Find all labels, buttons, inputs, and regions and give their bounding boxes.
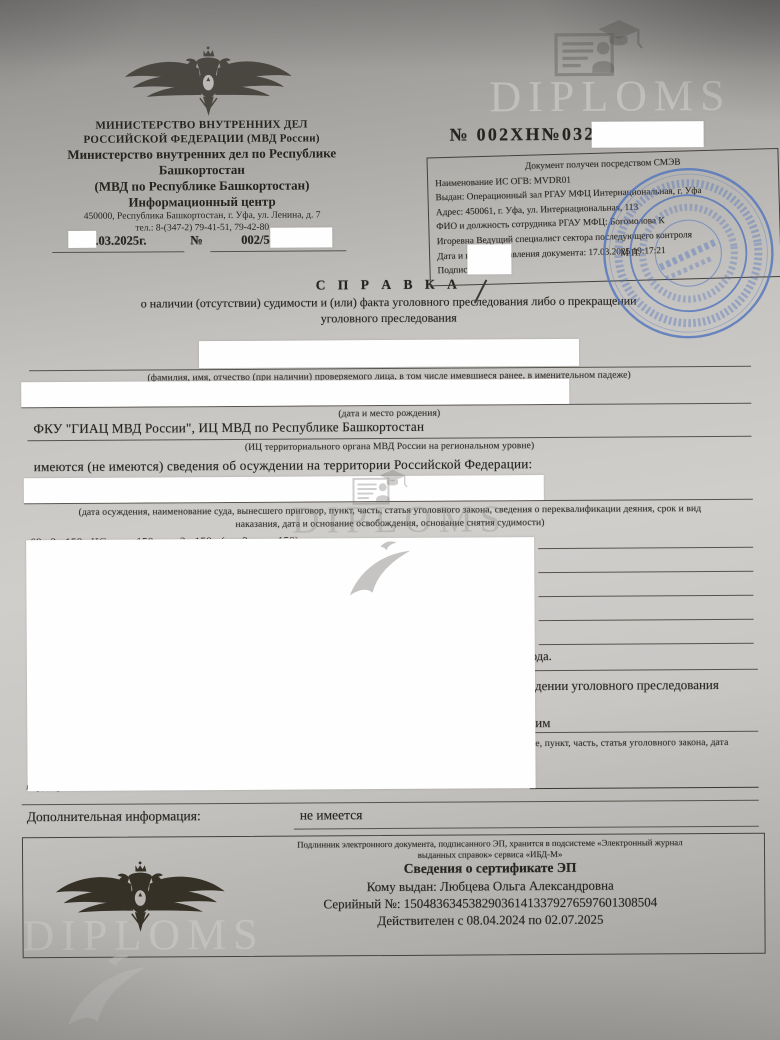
org-line: Министерство внутренних дел по Республик…: [16, 145, 388, 163]
diploms-watermark-text-top: DIPLOMS: [489, 70, 731, 122]
redaction-conviction-line: [24, 475, 544, 503]
redaction-birth-data: [21, 379, 569, 407]
swoosh-watermark-bottom: [61, 947, 158, 1032]
fragment-caption: е, пункт, часть, статья уголовного закон…: [535, 737, 728, 749]
record-line-strong: [530, 787, 759, 789]
record-line: [538, 547, 753, 549]
redaction-conviction-records: [26, 537, 536, 791]
outgoing-number: 002/5: [241, 233, 270, 248]
issuer-caption: (ИЦ территориального органа МВД России н…: [0, 439, 780, 455]
mvd-eagle-emblem-top: [123, 41, 293, 122]
record-line: [533, 731, 758, 733]
date-underline: [52, 251, 184, 253]
issuer-value: ФКУ "ГИАЦ МВД России", ИЦ МВД по Республ…: [33, 419, 424, 437]
number-sign: №: [190, 233, 203, 248]
additional-info-underline: [294, 826, 759, 830]
certificate-info-title: Сведения о сертификате ЭП: [220, 859, 760, 878]
diploms-watermark-logo-top: [553, 14, 653, 91]
conviction-lead: имеются (не имеются) сведения об осужден…: [34, 456, 533, 475]
full-width-line: [22, 800, 759, 806]
issue-date: .03.2025г.: [95, 233, 146, 248]
redaction-person-name: [199, 339, 579, 368]
additional-info-value: не имеется: [300, 807, 363, 823]
redaction-date-day: [68, 231, 96, 248]
additional-info-label: Дополнительная информация:: [27, 808, 201, 825]
fragment-im: им: [535, 715, 550, 731]
conviction-caption: наказания, дата и основание освобождения…: [0, 516, 780, 532]
round-blue-stamp: [584, 149, 780, 358]
letterhead: МИНИСТЕРСТВО ВНУТРЕННИХ ДЕЛ РОССИЙСКОЙ Ф…: [16, 118, 389, 235]
mvd-eagle-emblem-bottom: [54, 843, 227, 950]
record-line: [539, 619, 754, 621]
certificate-issued-to: Кому выдан: Любцева Ольга Александровна: [220, 877, 760, 896]
redaction-outgoing-number: [270, 227, 332, 247]
record-line: [538, 571, 753, 573]
record-line: [538, 595, 753, 597]
number-underline: [210, 250, 346, 252]
redaction-signature: [467, 244, 511, 274]
scanned-certificate-document: МИНИСТЕРСТВО ВНУТРЕННИХ ДЕЛ РОССИЙСКОЙ Ф…: [0, 0, 780, 1040]
fragment-prosecution: дении уголовного преследования: [535, 677, 719, 694]
redaction-document-number: [592, 121, 704, 148]
certificate-serial: Серийный №: 1504836345382903614133792765…: [220, 894, 760, 913]
record-line: [539, 643, 754, 645]
certificate-validity: Действителен с 08.04.2024 по 02.07.2025: [220, 911, 760, 930]
record-line: [523, 669, 758, 671]
